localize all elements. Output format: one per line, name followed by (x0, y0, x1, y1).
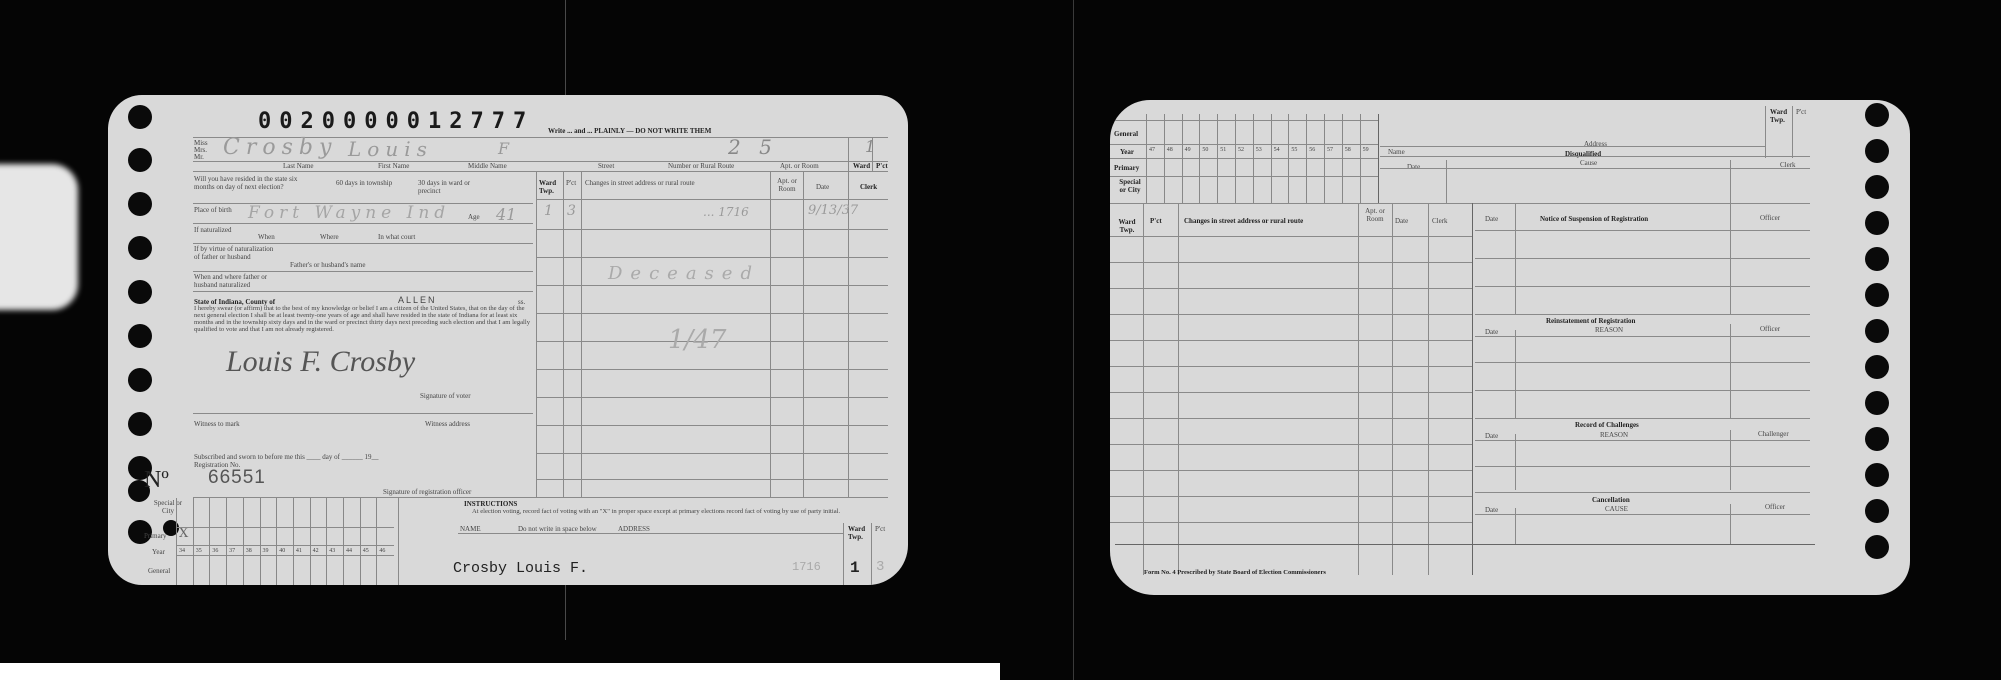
pct-label: P'ct (1796, 108, 1806, 116)
footer-name-value: Crosby Louis F. (453, 560, 588, 577)
year-label: 55 (1291, 146, 1297, 154)
table-row-line (1110, 262, 1472, 263)
middle-name-label: Middle Name (468, 162, 507, 170)
pct-label: P'ct (876, 162, 888, 170)
street-label: Street (598, 162, 614, 170)
challenges-challenger-label: Challenger (1758, 430, 1789, 438)
instructions-title: INSTRUCTIONS (464, 500, 517, 508)
year-column: 36 (209, 498, 226, 585)
footer-address-label: ADDRESS (618, 525, 650, 533)
table-row-line (1110, 314, 1472, 315)
voter-signature-label: Signature of voter (420, 392, 471, 400)
table-row-line (1110, 392, 1472, 393)
year-label: 49 (1185, 146, 1191, 154)
year-column: 51 (1217, 114, 1235, 203)
punch-hole (128, 236, 152, 260)
punch-hole (128, 368, 152, 392)
cause-label: Cause (1580, 159, 1597, 167)
year-column: 37 (226, 498, 243, 585)
first-name-label: First Name (378, 162, 409, 170)
year-column: 49 (1182, 114, 1200, 203)
grid-label-primary: Primary (144, 532, 167, 540)
year-label: 58 (1345, 146, 1351, 154)
footer-pct-label: P'ct (875, 525, 885, 533)
footer-ward-value: 1 (850, 559, 860, 577)
middle-name-value: F (498, 139, 509, 158)
last-name-label: Last Name (283, 162, 314, 170)
witness-address-label: Witness address (425, 420, 470, 428)
suspension-title: Notice of Suspension of Registration (1540, 215, 1648, 223)
registration-card-back: General Year Primary Special or City 474… (1110, 100, 1910, 595)
year-label: 48 (1167, 146, 1173, 154)
punch-hole (1865, 247, 1889, 271)
punch-hole (128, 148, 152, 172)
year-label: 45 (363, 547, 369, 555)
no-symbol: Nº (144, 467, 169, 493)
year-column: 34 (176, 498, 193, 585)
changes-rows (1110, 236, 1472, 576)
change-pct-value: 3 (567, 203, 576, 219)
subscribed-text: Subscribed and sworn to before me this _… (194, 453, 379, 461)
year-column: 55 (1288, 114, 1306, 203)
year-label: 40 (279, 547, 285, 555)
age-label: Age (468, 213, 480, 221)
changes-header-clerk: Clerk (860, 183, 877, 191)
handwritten-scribble: Deceased (608, 263, 760, 284)
last-name-value: Crosby (223, 135, 337, 160)
footer-address-value: 1716 (792, 560, 821, 574)
year-column: 50 (1199, 114, 1217, 203)
year-column: 59 (1360, 114, 1378, 203)
suspension-officer-label: Officer (1760, 214, 1780, 222)
footer-name-label: NAME (460, 525, 481, 533)
registration-number: 66551 (208, 468, 266, 488)
ward-label: Ward Twp. (1770, 108, 1794, 124)
year-column: 42 (310, 498, 327, 585)
reinstatement-date-label: Date (1485, 328, 1498, 336)
changes-header-ward: Ward Twp. (539, 179, 561, 195)
year-label: 57 (1327, 146, 1333, 154)
township-label: 60 days in township (336, 179, 396, 187)
scan-divider (1073, 0, 1074, 680)
father-when-where-label: When and where father or husband natural… (194, 273, 274, 289)
disqualified-date-label: Date (1407, 163, 1420, 171)
where-label: Where (320, 233, 339, 241)
serial-number: 0020000012777 (258, 109, 534, 134)
year-column: 48 (1164, 114, 1182, 203)
changes-header-pct: P'ct (1150, 217, 1162, 225)
grid-label-year: Year (1120, 148, 1134, 156)
changes-header-clerk: Clerk (1432, 217, 1448, 225)
year-label: 59 (1363, 146, 1369, 154)
footer-do-not-write: Do not write in space below (518, 525, 597, 533)
changes-header-apt: Apt. or Room (773, 177, 801, 193)
table-row-line (1110, 236, 1472, 237)
registration-card-front: 0020000012777 Write ... and ... PLAINLY … (108, 95, 908, 585)
year-label: 43 (329, 547, 335, 555)
year-label: 51 (1220, 146, 1226, 154)
cancellation-officer-label: Officer (1765, 503, 1785, 511)
year-label: 54 (1274, 146, 1280, 154)
prefix-mr: Mr. (194, 153, 204, 161)
grid-label-general: General (1114, 130, 1138, 138)
cancellation-title: Cancellation (1592, 496, 1630, 504)
registrar-signature-label: Signature of registration officer (383, 488, 471, 496)
year-label: 56 (1309, 146, 1315, 154)
punch-hole (1865, 499, 1889, 523)
table-row-line (1110, 288, 1472, 289)
place-of-birth-value: Fort Wayne Ind (248, 203, 450, 223)
changes-header-ward: Ward Twp. (1114, 218, 1140, 234)
year-label: 53 (1256, 146, 1262, 154)
year-column: 35 (193, 498, 210, 585)
punch-hole (128, 280, 152, 304)
header-note: Write ... and ... PLAINLY — DO NOT WRITE… (548, 127, 711, 135)
grid-label-primary: Primary (1114, 164, 1139, 172)
challenges-title: Record of Challenges (1575, 421, 1639, 429)
ward-label: Ward (853, 162, 870, 170)
punch-hole (1865, 355, 1889, 379)
year-label: 36 (212, 547, 218, 555)
oath-text: I hereby swear (or affirm) that to the b… (194, 305, 534, 333)
year-label: 52 (1238, 146, 1244, 154)
punch-hole (128, 105, 152, 129)
court-label: In what court (378, 233, 415, 241)
year-column: 38 (243, 498, 260, 585)
voting-year-grid: 47484950515253545556575859 (1146, 114, 1378, 203)
punch-hole (1865, 535, 1889, 559)
changes-header-apt: Apt. or Room (1360, 207, 1390, 223)
year-label: 50 (1202, 146, 1208, 154)
naturalized-label: If naturalized (194, 226, 232, 234)
year-column: 52 (1235, 114, 1253, 203)
year-column: 56 (1306, 114, 1324, 203)
cancellation-cause-label: CAUSE (1605, 505, 1628, 513)
year-label: 39 (263, 547, 269, 555)
changes-header-pct: P'ct (566, 179, 576, 187)
change-ward-value: 1 (544, 203, 553, 219)
changes-header-address: Changes in street address or rural route (585, 179, 695, 187)
year-column: 54 (1271, 114, 1289, 203)
number-label: Number or Rural Route (668, 162, 734, 170)
punch-hole (1865, 175, 1889, 199)
when-label: When (258, 233, 275, 241)
grid-label-year: Year (152, 548, 165, 556)
change-address-value: ... 1716 (703, 205, 749, 219)
punch-hole (128, 192, 152, 216)
scan-white-band (0, 663, 1000, 680)
year-label: 41 (296, 547, 302, 555)
year-label: 44 (346, 547, 352, 555)
cancellation-date-label: Date (1485, 506, 1498, 514)
age-value: 41 (496, 205, 516, 224)
punch-hole (128, 412, 152, 436)
reinstatement-officer-label: Officer (1760, 325, 1780, 333)
punch-hole (1865, 319, 1889, 343)
grid-label-general: General (148, 567, 170, 575)
table-row-line (1110, 340, 1472, 341)
year-label: 34 (179, 547, 185, 555)
year-label: 42 (313, 547, 319, 555)
year-column: 44 (343, 498, 360, 585)
county-value: ALLEN (398, 296, 437, 304)
punch-hole (1865, 211, 1889, 235)
year-column: 43 (326, 498, 343, 585)
form-footer: Form No. 4 Prescribed by State Board of … (1144, 569, 1326, 577)
year-label: 47 (1149, 146, 1155, 154)
year-column: 57 (1324, 114, 1342, 203)
year-column: 39 (260, 498, 277, 585)
footer-pct-value: 3 (876, 559, 884, 575)
table-row-line (1110, 366, 1472, 367)
punch-hole (1865, 283, 1889, 307)
place-of-birth-label: Place of birth (194, 206, 234, 214)
street-number-value: 2 5 (728, 135, 778, 159)
father-naturalization-label: If by virtue of naturalization of father… (194, 245, 274, 261)
voting-year-grid: 34353637383940414243444546 (176, 498, 394, 585)
footer-ward-label: Ward Twp. (848, 525, 870, 541)
table-row-line (1110, 470, 1472, 471)
year-label: 46 (379, 547, 385, 555)
challenges-date-label: Date (1485, 432, 1498, 440)
year-column: 58 (1342, 114, 1360, 203)
challenges-reason-label: REASON (1600, 431, 1628, 439)
year-column: 46 (376, 498, 393, 585)
father-name-label: Father's or husband's name (290, 261, 365, 269)
ward-value: 1 (865, 137, 875, 156)
year-column: 45 (360, 498, 377, 585)
change-date-value: 9/13/37 (808, 203, 858, 218)
punch-hole (1865, 427, 1889, 451)
ward-days-label: 30 days in ward or precinct (418, 179, 488, 195)
apt-room-label: Apt. or Room (780, 162, 819, 170)
grid-label-special: Special or City (1116, 178, 1144, 194)
changes-header-date: Date (816, 183, 829, 191)
changes-header-date: Date (1395, 217, 1408, 225)
year-column: 40 (276, 498, 293, 585)
punch-hole (1865, 103, 1889, 127)
year-label: 38 (246, 547, 252, 555)
year-column: 53 (1253, 114, 1271, 203)
reinstatement-title: Reinstatement of Registration (1546, 317, 1635, 325)
year-column: 41 (293, 498, 310, 585)
voter-signature: Louis F. Crosby (226, 345, 415, 379)
punch-hole (128, 324, 152, 348)
year-label: 35 (196, 547, 202, 555)
suspension-date-label: Date (1485, 215, 1498, 223)
witness-label: Witness to mark (194, 420, 240, 428)
table-row-line (1110, 418, 1472, 419)
residence-question: Will you have resided in the state six m… (194, 175, 314, 191)
handwritten-scribble: 1/47 (668, 325, 726, 355)
name-label: Name (1388, 148, 1405, 156)
year-column: 47 (1146, 114, 1164, 203)
instructions-text: At election voting, record fact of votin… (472, 508, 882, 515)
table-row-line (1110, 444, 1472, 445)
table-row-line (1110, 496, 1472, 497)
changes-header-address: Changes in street address or rural route (1184, 217, 1303, 225)
punch-hole (1865, 463, 1889, 487)
year-label: 37 (229, 547, 235, 555)
punch-hole (1865, 139, 1889, 163)
first-name-value: Louis (348, 137, 433, 161)
punch-hole (1865, 391, 1889, 415)
blurred-card-edge (0, 164, 78, 310)
table-row-line (1110, 522, 1472, 523)
reinstatement-reason-label: REASON (1595, 326, 1623, 334)
